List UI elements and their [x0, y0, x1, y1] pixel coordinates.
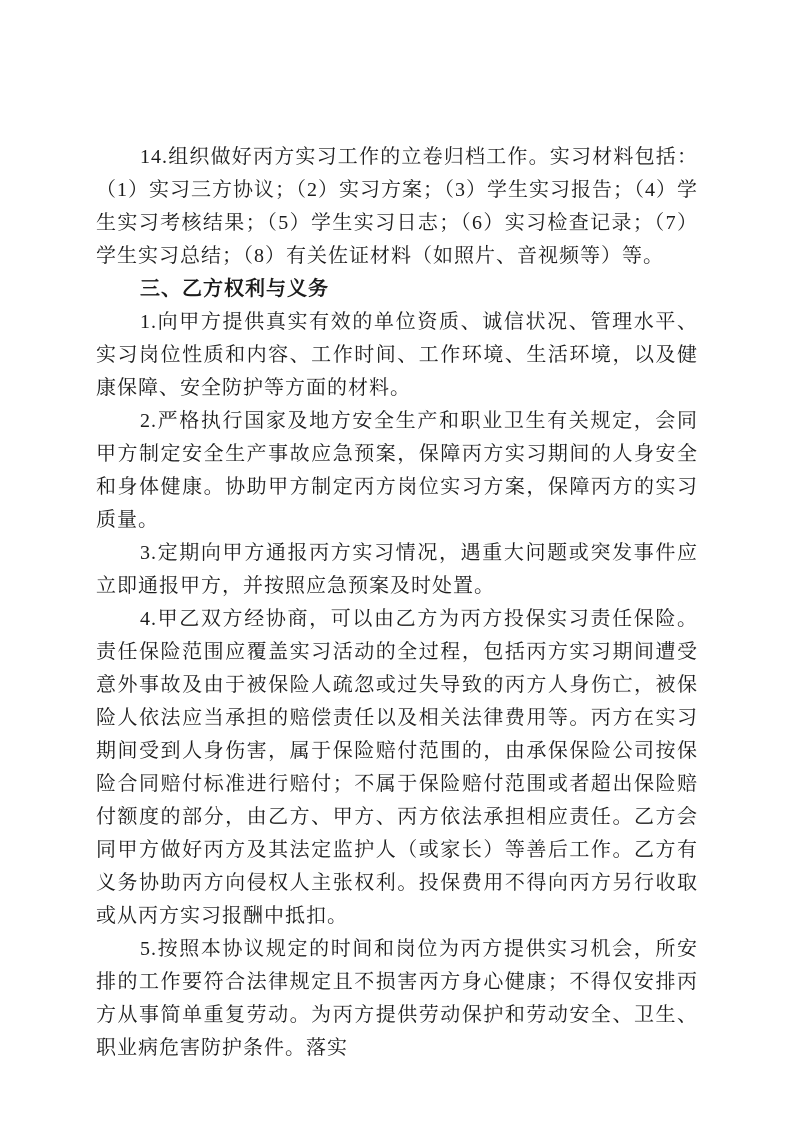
- section-heading-party-b-rights-obligations: 三、乙方权利与义务: [96, 273, 698, 306]
- paragraph-item-4-insurance: 4.甲乙双方经协商，可以由乙方为丙方投保实习责任保险。责任保险范围应覆盖实习活动…: [96, 603, 698, 933]
- paragraph-item-2-safety-regulations: 2.严格执行国家及地方安全生产和职业卫生有关规定，会同甲方制定安全生产事故应急预…: [96, 405, 698, 537]
- document-body: 14.组织做好丙方实习工作的立卷归档工作。实习材料包括：（1）实习三方协议；（2…: [96, 141, 698, 1065]
- paragraph-item-1-materials: 1.向甲方提供真实有效的单位资质、诚信状况、管理水平、实习岗位性质和内容、工作时…: [96, 306, 698, 405]
- paragraph-item-14-archiving: 14.组织做好丙方实习工作的立卷归档工作。实习材料包括：（1）实习三方协议；（2…: [96, 141, 698, 273]
- paragraph-item-3-reporting: 3.定期向甲方通报丙方实习情况，遇重大问题或突发事件应立即通报甲方，并按照应急预…: [96, 537, 698, 603]
- document-page: 14.组织做好丙方实习工作的立卷归档工作。实习材料包括：（1）实习三方协议；（2…: [0, 0, 794, 1122]
- paragraph-item-5-internship-opportunity: 5.按照本协议规定的时间和岗位为丙方提供实习机会，所安排的工作要符合法律规定且不…: [96, 933, 698, 1065]
